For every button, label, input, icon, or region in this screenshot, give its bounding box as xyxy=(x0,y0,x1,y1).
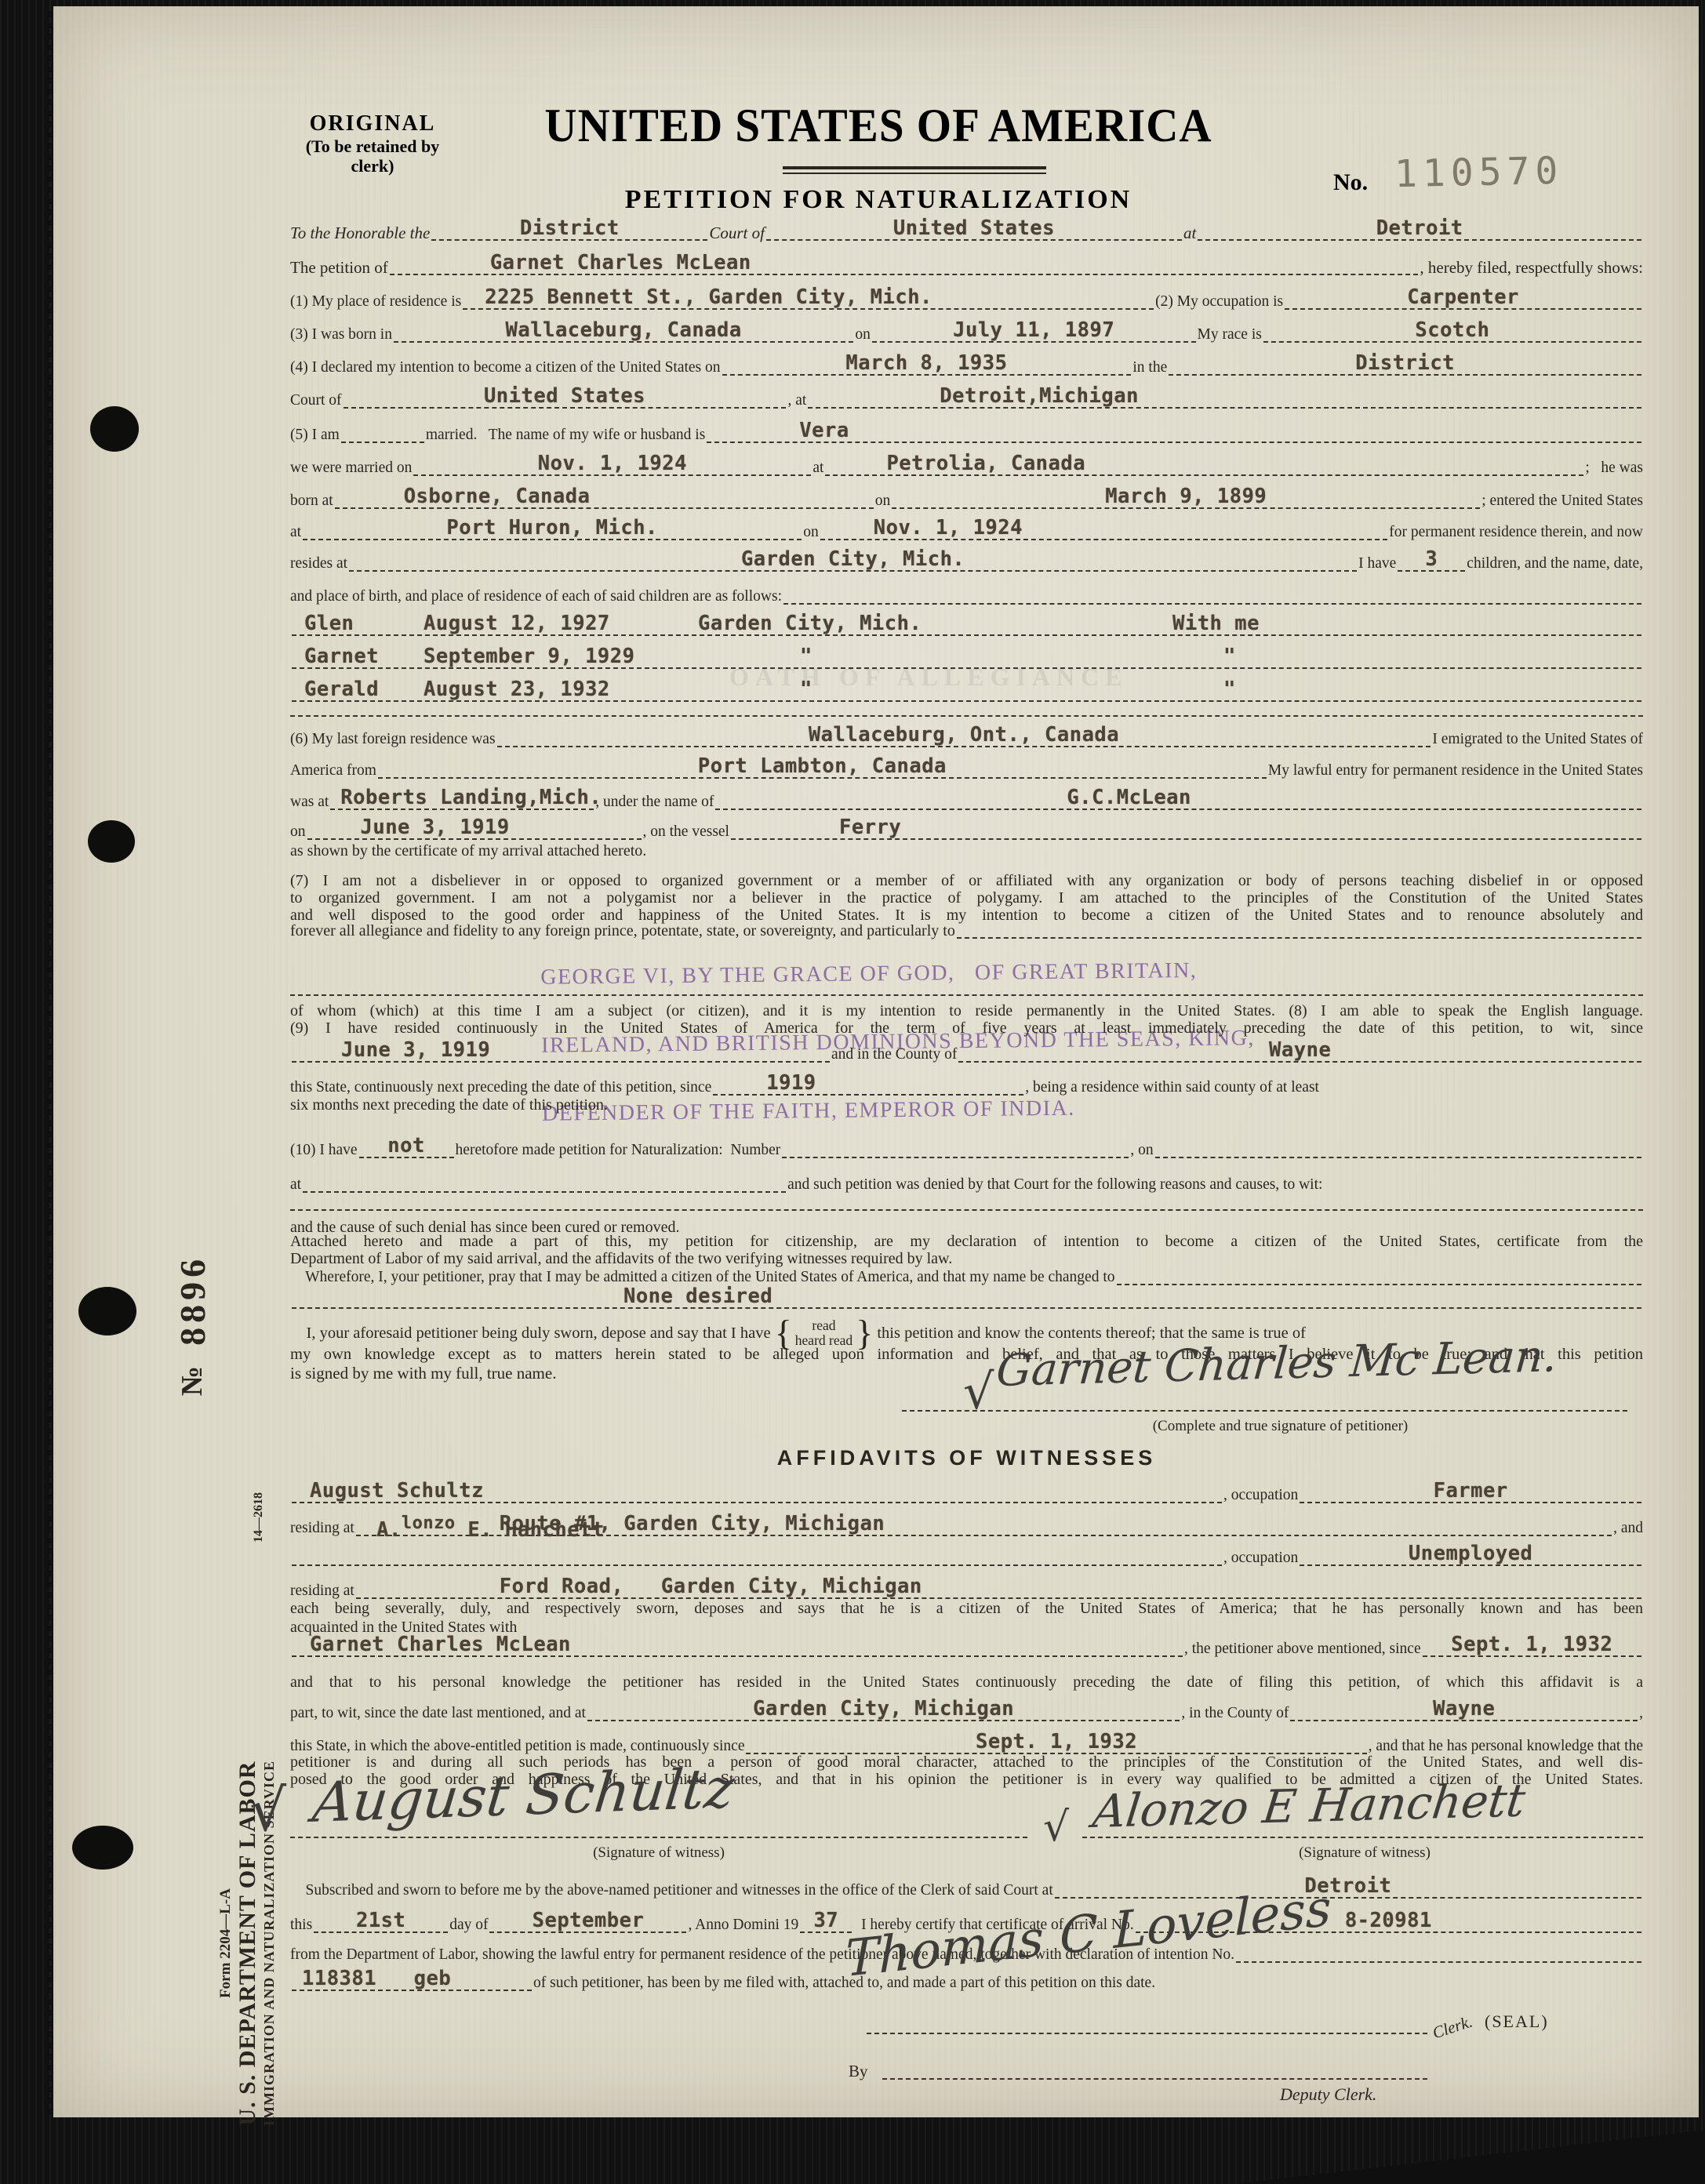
item9-line1: (9) I have resided continuously in the U… xyxy=(290,1019,1643,1037)
oath-line3: is signed by me with my full, true name. xyxy=(290,1363,556,1383)
witness2-name: A.lonzo E. Hanchett xyxy=(290,1495,1223,1565)
child-residence-cell: " xyxy=(1161,646,1643,673)
witness1-signature-caption: (Signature of witness) xyxy=(329,1844,988,1862)
stamp-continuation-rule xyxy=(290,994,1643,996)
spouse-residence-blank: Garden City, Mich. xyxy=(347,549,1358,576)
marital-blank xyxy=(340,420,426,447)
state-since-tail: , being a residence within said county o… xyxy=(1025,1076,1319,1099)
court-place-blank2: Detroit,Michigan xyxy=(806,386,1643,412)
county-blank2: Wayne xyxy=(1289,1699,1639,1725)
perforated-edge xyxy=(47,6,58,2117)
county-blank: Wayne xyxy=(957,1040,1643,1067)
i-am-label: (5) I am xyxy=(290,423,340,447)
item10-on-label: , on xyxy=(1130,1139,1153,1162)
item8-line: of whom (which) at this time I am a subj… xyxy=(290,1002,1643,1020)
day-of-label: day of xyxy=(449,1913,488,1937)
resided-at-line: part, to wit, since the date last mentio… xyxy=(290,1699,1643,1725)
county-label: and in the County of xyxy=(831,1043,957,1067)
stamp-line1: GEORGE VI, BY THE GRACE OF GOD, OF GREAT… xyxy=(540,958,1254,989)
witness2-occupation-blank: Unemployed xyxy=(1298,1543,1643,1570)
entered-label: ; entered the United States xyxy=(1481,489,1643,513)
witness1-occupation-blank: Farmer xyxy=(1298,1481,1643,1507)
at-label2: , at xyxy=(787,389,806,412)
punch-hole xyxy=(90,406,139,452)
prior-petition-line: (10) I have not heretofore made petition… xyxy=(290,1136,1643,1162)
known-name-blank: Garnet Charles McLean xyxy=(290,1634,1184,1661)
denied-tail: and such petition was denied by that Cou… xyxy=(787,1173,1322,1197)
birthplace-blank: Wallaceburg, Canada xyxy=(392,320,855,347)
on-label3: on xyxy=(803,521,819,544)
item6-label: (6) My last foreign residence was xyxy=(290,728,496,751)
entry-name-blank: G.C.McLean xyxy=(714,787,1643,814)
part-label: part, to wit, since the date last mentio… xyxy=(290,1702,586,1725)
prior-number-blank xyxy=(780,1136,1130,1162)
residence-since-line: June 3, 1919 and in the County of Wayne xyxy=(290,1040,1643,1067)
brace-open: { xyxy=(775,1317,792,1349)
vessel-label: , on the vessel xyxy=(643,820,729,844)
subscribed-text: Subscribed and sworn to before me by the… xyxy=(290,1879,1053,1902)
entry-date-line: on June 3, 1919 , on the vessel Ferry xyxy=(290,817,1643,844)
retained-note2: clerk) xyxy=(259,156,486,176)
and-label: , and xyxy=(1613,1517,1643,1540)
entry-date-blank: June 3, 1919 xyxy=(306,817,643,844)
item7-line2: to organized government. I am not a poly… xyxy=(290,889,1643,907)
court-of-line: Court of United States , at Detroit,Mich… xyxy=(290,386,1643,412)
spouse-entry-line: at Port Huron, Mich. on Nov. 1, 1924 for… xyxy=(290,518,1643,544)
witness2-address-blank: Ford Road, Garden City, Michigan xyxy=(354,1576,1643,1603)
child-born-cell: August 12, 1927 xyxy=(408,613,690,640)
item10-at-label: at xyxy=(290,1173,301,1197)
under-name-label: , under the name of xyxy=(595,790,714,814)
court-of-label2: Court of xyxy=(290,389,342,412)
court-of-label: Court of xyxy=(709,221,765,245)
married-on-label: we were married on xyxy=(290,456,412,480)
name-change-line: None desired xyxy=(290,1286,1643,1313)
court-name-blank2: United States xyxy=(342,386,788,412)
witness-body3: and that to his personal knowledge the p… xyxy=(290,1673,1643,1692)
child-born-cell: September 9, 1929 xyxy=(408,646,690,673)
petition-tail: , hereby filed, respectfully shows: xyxy=(1420,256,1643,279)
at-label3: at xyxy=(813,456,823,480)
petition-number-stamp: 110570 xyxy=(1394,149,1564,196)
child-born-cell: August 23, 1932 xyxy=(408,679,690,706)
read-options: read heard read xyxy=(792,1318,856,1348)
marriage-line: we were married on Nov. 1, 1924 at Petro… xyxy=(290,453,1643,480)
since-date-blank: June 3, 1919 xyxy=(290,1040,831,1067)
resided-place-blank: Garden City, Michigan xyxy=(586,1699,1181,1725)
oath-p1: I, your aforesaid petitioner being duly … xyxy=(290,1321,775,1345)
deputy-clerk-label: Deputy Clerk. xyxy=(1280,2084,1376,2105)
he-was-label: ; he was xyxy=(1585,456,1643,480)
foreign-residence-line: (6) My last foreign residence was Wallac… xyxy=(290,725,1643,751)
known-since-blank: Sept. 1, 1932 xyxy=(1421,1634,1643,1661)
since-label: , the petitioner above mentioned, since xyxy=(1184,1637,1421,1661)
marriage-place-blank: Petrolia, Canada xyxy=(823,453,1585,480)
jurat-month-blank: September xyxy=(488,1910,688,1937)
petition-of-label: The petition of xyxy=(290,256,388,279)
witness2-address-line: residing at Ford Road, Garden City, Mich… xyxy=(290,1576,1643,1603)
witness2-signature-rule xyxy=(1082,1837,1643,1838)
spouse-entry-date-blank: Nov. 1, 1924 xyxy=(819,518,1389,544)
item3-label: (3) I was born in xyxy=(290,323,392,347)
on-label2: on xyxy=(875,489,891,513)
punch-hole xyxy=(72,1826,133,1870)
intention-number-blank: 118381 geb xyxy=(290,1968,533,1995)
item10-label: (10) I have xyxy=(290,1139,358,1162)
page-title: UNITED STATES OF AMERICA xyxy=(408,99,1349,152)
race-label: My race is xyxy=(1198,323,1262,347)
witness2-name-insert: lonzo xyxy=(402,1514,456,1533)
emigrated-from-line: America from Port Lambton, Canada My law… xyxy=(290,756,1643,783)
children-intro-line: and place of birth, and place of residen… xyxy=(290,582,1643,609)
court-line: To the Honorable the District Court of U… xyxy=(290,218,1643,245)
spouse-birth-line: born at Osborne, Canada on March 9, 1899… xyxy=(290,486,1643,513)
birth-line: (3) I was born in Wallaceburg, Canada on… xyxy=(290,320,1643,347)
petitioner-signature-rule xyxy=(902,1410,1627,1412)
petitioner-name-blank: Garnet Charles McLean xyxy=(388,253,1420,279)
name-change-blank: None desired xyxy=(290,1286,1643,1313)
intention-line: (4) I declared my intention to become a … xyxy=(290,353,1643,380)
child-residence-cell: " xyxy=(1161,679,1643,706)
residence-line: (1) My place of residence is 2225 Bennet… xyxy=(290,287,1643,314)
state-since-blank: 1919 xyxy=(711,1073,1025,1099)
at-label4: at xyxy=(290,521,301,544)
item1-label: (1) My place of residence is xyxy=(290,290,461,314)
spouse-birthdate-blank: March 9, 1899 xyxy=(890,486,1481,513)
seal-label: (SEAL) xyxy=(1485,2011,1549,2032)
item10-tail1: heretofore made petition for Naturalizat… xyxy=(456,1139,781,1162)
certificate-note: as shown by the certificate of my arriva… xyxy=(290,841,646,861)
child-row: Glen August 12, 1927 Garden City, Mich. … xyxy=(290,613,1643,640)
blank-row-rule xyxy=(290,715,1643,717)
children-intro-blank xyxy=(782,582,1643,609)
child-residence-cell: With me xyxy=(1161,613,1643,640)
children-count-blank: 3 xyxy=(1396,549,1467,576)
child-place-cell: Garden City, Mich. xyxy=(690,613,1161,640)
to-honorable-label: To the Honorable the xyxy=(290,221,430,245)
child-place-cell: " xyxy=(690,679,1161,706)
witness1-signature-check: √ xyxy=(249,1777,286,1844)
denied-line: at and such petition was denied by that … xyxy=(290,1170,1643,1197)
deputy-signature-rule xyxy=(882,2078,1427,2080)
spouse-birthplace-blank: Osborne, Canada xyxy=(333,486,875,513)
denied-court-blank xyxy=(301,1170,787,1197)
from-place-blank: Port Lambton, Canada xyxy=(376,756,1268,783)
margin-print-code: 14—2618 xyxy=(250,1466,267,1568)
witness2-name-initial: A. xyxy=(376,1518,402,1542)
petitioner-signature-check: √ xyxy=(963,1363,994,1420)
children-intro: and place of birth, and place of residen… xyxy=(290,585,782,609)
this-label: this xyxy=(290,1913,312,1937)
spouse-entry-place-blank: Port Huron, Mich. xyxy=(301,518,803,544)
in-the-label: in the xyxy=(1132,356,1167,380)
petitioner-signature-caption: (Complete and true signature of petition… xyxy=(933,1418,1627,1435)
read-option: read xyxy=(795,1318,852,1333)
prior-date-blank xyxy=(1154,1136,1643,1162)
entry-port-blank: Roberts Landing,Mich. xyxy=(329,787,595,814)
punch-hole xyxy=(88,820,135,863)
declaration-court-blank: District xyxy=(1167,353,1643,380)
comma: , xyxy=(1639,1702,1643,1725)
married-label: married. The name of my wife or husband … xyxy=(426,423,706,447)
marriage-date-blank: Nov. 1, 1924 xyxy=(412,453,813,480)
number-label: No. xyxy=(1333,169,1368,196)
witness-sworn-line1: each being severally, duly, and respecti… xyxy=(290,1600,1643,1618)
emigrated-tail: I emigrated to the United States of xyxy=(1432,728,1643,751)
entry-port-line: was at Roberts Landing,Mich. , under the… xyxy=(290,787,1643,814)
item7-line1: (7) I am not a disbeliever in or opposed… xyxy=(290,872,1643,890)
intention-number-tail-blank xyxy=(1234,1940,1643,1967)
last-residence-blank: Wallaceburg, Ont., Canada xyxy=(496,725,1433,751)
brace-close: } xyxy=(856,1317,873,1349)
witness2-line: A.lonzo E. Hanchett , occupation Unemplo… xyxy=(290,1543,1643,1570)
spouse-name-blank: Vera xyxy=(705,420,1643,447)
witness2-name-blank: A.lonzo E. Hanchett xyxy=(290,1543,1223,1570)
occupation-label2: , occupation xyxy=(1223,1546,1298,1570)
case-number: 8896 xyxy=(172,1255,213,1346)
permanent-tail: for permanent residence therein, and now xyxy=(1389,521,1643,544)
petitioner-line: The petition of Garnet Charles McLean , … xyxy=(290,253,1643,279)
occupation-blank: Carpenter xyxy=(1283,287,1643,314)
was-at-label: was at xyxy=(290,790,329,814)
resides-label: resides at xyxy=(290,552,347,576)
affidavits-title: AFFIDAVITS OF WITNESSES xyxy=(290,1446,1643,1470)
stamp-line3: DEFENDER OF THE FAITH, EMPEROR OF INDIA. xyxy=(542,1095,1256,1125)
punch-hole xyxy=(78,1287,136,1335)
county-label2: , in the County of xyxy=(1181,1702,1289,1725)
anno-domini-label: , Anno Domini 19 xyxy=(688,1913,798,1937)
child-name-cell: Garnet xyxy=(290,646,408,673)
form-title: PETITION FOR NATURALIZATION xyxy=(408,185,1349,215)
child-name-cell: Gerald xyxy=(290,679,408,706)
america-from-label: America from xyxy=(290,759,376,783)
spouse-residence-line: resides at Garden City, Mich. I have 3 c… xyxy=(290,549,1643,576)
child-row: Gerald August 23, 1932 " " xyxy=(290,679,1643,706)
form-code: Form 2204—L-A xyxy=(217,1888,234,1998)
residence-blank: 2225 Bennett St., Garden City, Mich. xyxy=(461,287,1155,314)
subscribed-line: Subscribed and sworn to before me by the… xyxy=(290,1876,1643,1902)
occupation-label1: , occupation xyxy=(1223,1484,1298,1507)
children-tail: children, and the name, date, xyxy=(1467,552,1643,576)
filed-with-text: of such petitioner, has been by me filed… xyxy=(533,1971,1155,1995)
numero-symbol: № xyxy=(175,1366,209,1396)
child-row: Garnet September 9, 1929 " " xyxy=(290,646,1643,673)
title-rule xyxy=(783,166,1046,174)
witness2-signature-caption: (Signature of witness) xyxy=(1098,1844,1631,1862)
child-name-cell: Glen xyxy=(290,613,408,640)
i-have-label: I have xyxy=(1358,552,1396,576)
court-name-blank: United States xyxy=(765,218,1183,245)
item4-label: (4) I declared my intention to become a … xyxy=(290,356,721,380)
marital-line: (5) I am married. The name of my wife or… xyxy=(290,420,1643,447)
item9-line4: six months next preceding the date of th… xyxy=(290,1095,608,1115)
child-place-cell: " xyxy=(690,646,1161,673)
vessel-blank: Ferry xyxy=(729,817,1643,844)
race-blank: Scotch xyxy=(1262,320,1643,347)
denial-reason-rule xyxy=(290,1209,1643,1211)
birthdate-blank: July 11, 1897 xyxy=(871,320,1198,347)
court-type-blank: District xyxy=(430,218,709,245)
prior-petition-blank: not xyxy=(358,1136,456,1162)
witness1-signature-rule xyxy=(290,1837,1027,1838)
born-at-label: born at xyxy=(290,489,333,513)
known-petitioner-line: Garnet Charles McLean , the petitioner a… xyxy=(290,1634,1643,1661)
occupation-label: (2) My occupation is xyxy=(1155,290,1283,314)
court-place-blank: Detroit xyxy=(1196,218,1643,245)
at-label: at xyxy=(1183,221,1196,245)
jurat-day-blank: 21st xyxy=(312,1910,449,1937)
lawful-entry-tail: My lawful entry for permanent residence … xyxy=(1268,759,1643,783)
clerk-signature-rule xyxy=(867,2033,1427,2034)
witness2-signature-check: √ xyxy=(1043,1804,1069,1851)
on-label: on xyxy=(855,323,871,347)
witness2-name-rest: E. Hanchett xyxy=(456,1518,605,1542)
by-label: By xyxy=(849,2061,868,2081)
declaration-date-blank: March 8, 1935 xyxy=(721,353,1133,380)
margin-case-number: № 8896 xyxy=(167,1192,217,1459)
